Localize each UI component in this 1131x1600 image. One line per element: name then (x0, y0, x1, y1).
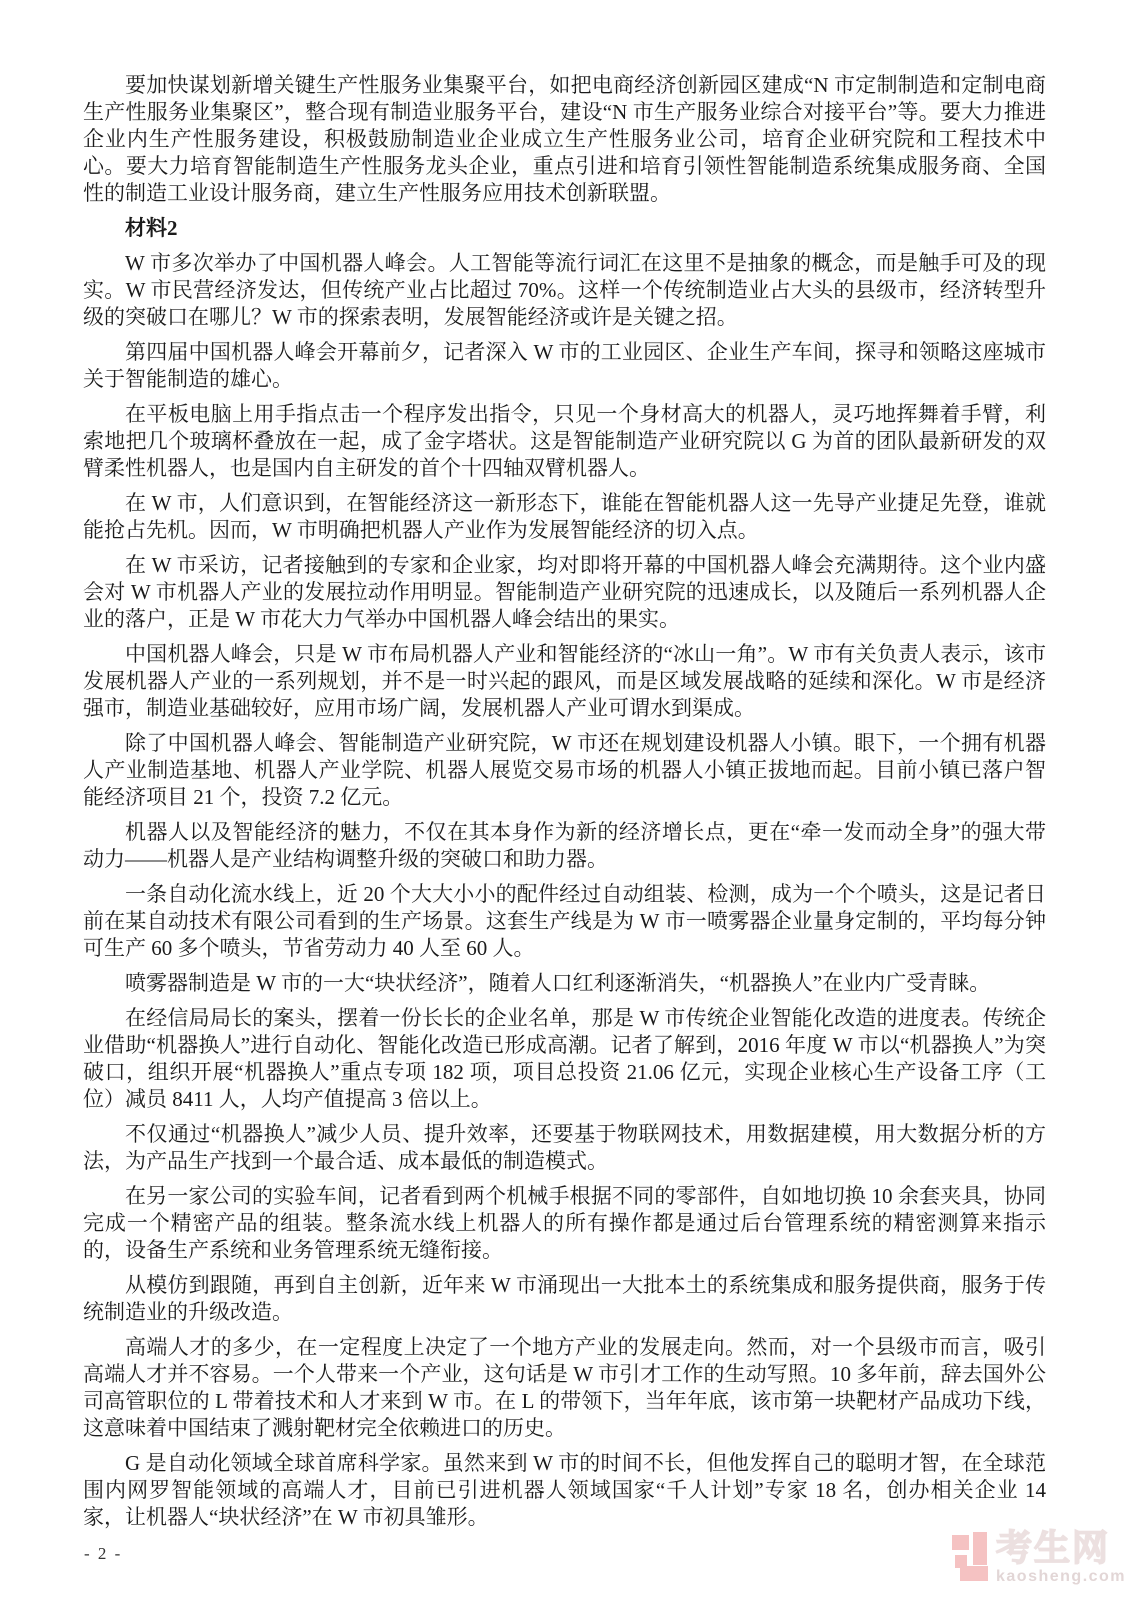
watermark-site-name: 考生网 (996, 1528, 1116, 1568)
paragraph: 除了中国机器人峰会、智能制造产业研究院，W 市还在规划建设机器人小镇。眼下，一个… (83, 730, 1046, 811)
paragraph: 要加快谋划新增关键生产性服务业集聚平台，如把电商经济创新园区建成“N 市定制制造… (83, 72, 1046, 207)
document-page: 要加快谋划新增关键生产性服务业集聚平台，如把电商经济创新园区建成“N 市定制制造… (83, 72, 1046, 1539)
paragraph: 不仅通过“机器换人”减少人员、提升效率，还要基于物联网技术，用数据建模，用大数据… (83, 1121, 1046, 1175)
watermark-text: 考生网 kaosheng.com (996, 1528, 1116, 1586)
paragraph: 从模仿到跟随，再到自主创新，近年来 W 市涌现出一大批本土的系统集成和服务提供商… (83, 1272, 1046, 1326)
kaosheng-watermark: 考生网 kaosheng.com (948, 1532, 1118, 1592)
paragraph: 喷雾器制造是 W 市的一大“块状经济”，随着人口红利逐渐消失，“机器换人”在业内… (83, 970, 1046, 997)
paragraph: 在经信局局长的案头，摆着一份长长的企业名单，那是 W 市传统企业智能化改造的进度… (83, 1005, 1046, 1113)
paragraph: W 市多次举办了中国机器人峰会。人工智能等流行词汇在这里不是抽象的概念，而是触手… (83, 250, 1046, 331)
kaosheng-logo-icon (948, 1532, 990, 1582)
paragraph: 在平板电脑上用手指点击一个程序发出指令，只见一个身材高大的机器人，灵巧地挥舞着手… (83, 401, 1046, 482)
page-number: - 2 - (84, 1544, 122, 1564)
paragraph: 高端人才的多少，在一定程度上决定了一个地方产业的发展走向。然而，对一个县级市而言… (83, 1334, 1046, 1442)
watermark-site-url: kaosheng.com (996, 1568, 1116, 1586)
paragraph: 在另一家公司的实验车间，记者看到两个机械手根据不同的零部件，自如地切换 10 余… (83, 1183, 1046, 1264)
paragraph: 机器人以及智能经济的魅力，不仅在其本身作为新的经济增长点，更在“牵一发而动全身”… (83, 819, 1046, 873)
paragraph: 中国机器人峰会，只是 W 市布局机器人产业和智能经济的“冰山一角”。W 市有关负… (83, 641, 1046, 722)
logo-block-top-left (952, 1535, 969, 1550)
document-body: 要加快谋划新增关键生产性服务业集聚平台，如把电商经济创新园区建成“N 市定制制造… (83, 72, 1046, 1531)
paragraph: 在 W 市采访，记者接触到的专家和企业家，均对即将开幕的中国机器人峰会充满期待。… (83, 552, 1046, 633)
logo-block-bottom-wide (960, 1566, 988, 1581)
paragraph: G 是自动化领域全球首席科学家。虽然来到 W 市的时间不长，但他发挥自己的聪明才… (83, 1450, 1046, 1531)
logo-block-stem (973, 1532, 987, 1565)
paragraph: 一条自动化流水线上，近 20 个大大小小的配件经过自动组装、检测，成为一个个喷头… (83, 881, 1046, 962)
paragraph: 第四届中国机器人峰会开幕前夕，记者深入 W 市的工业园区、企业生产车间，探寻和领… (83, 339, 1046, 393)
section-heading: 材料2 (83, 215, 1046, 242)
paragraph: 在 W 市，人们意识到，在智能经济这一新形态下，谁能在智能机器人这一先导产业捷足… (83, 490, 1046, 544)
